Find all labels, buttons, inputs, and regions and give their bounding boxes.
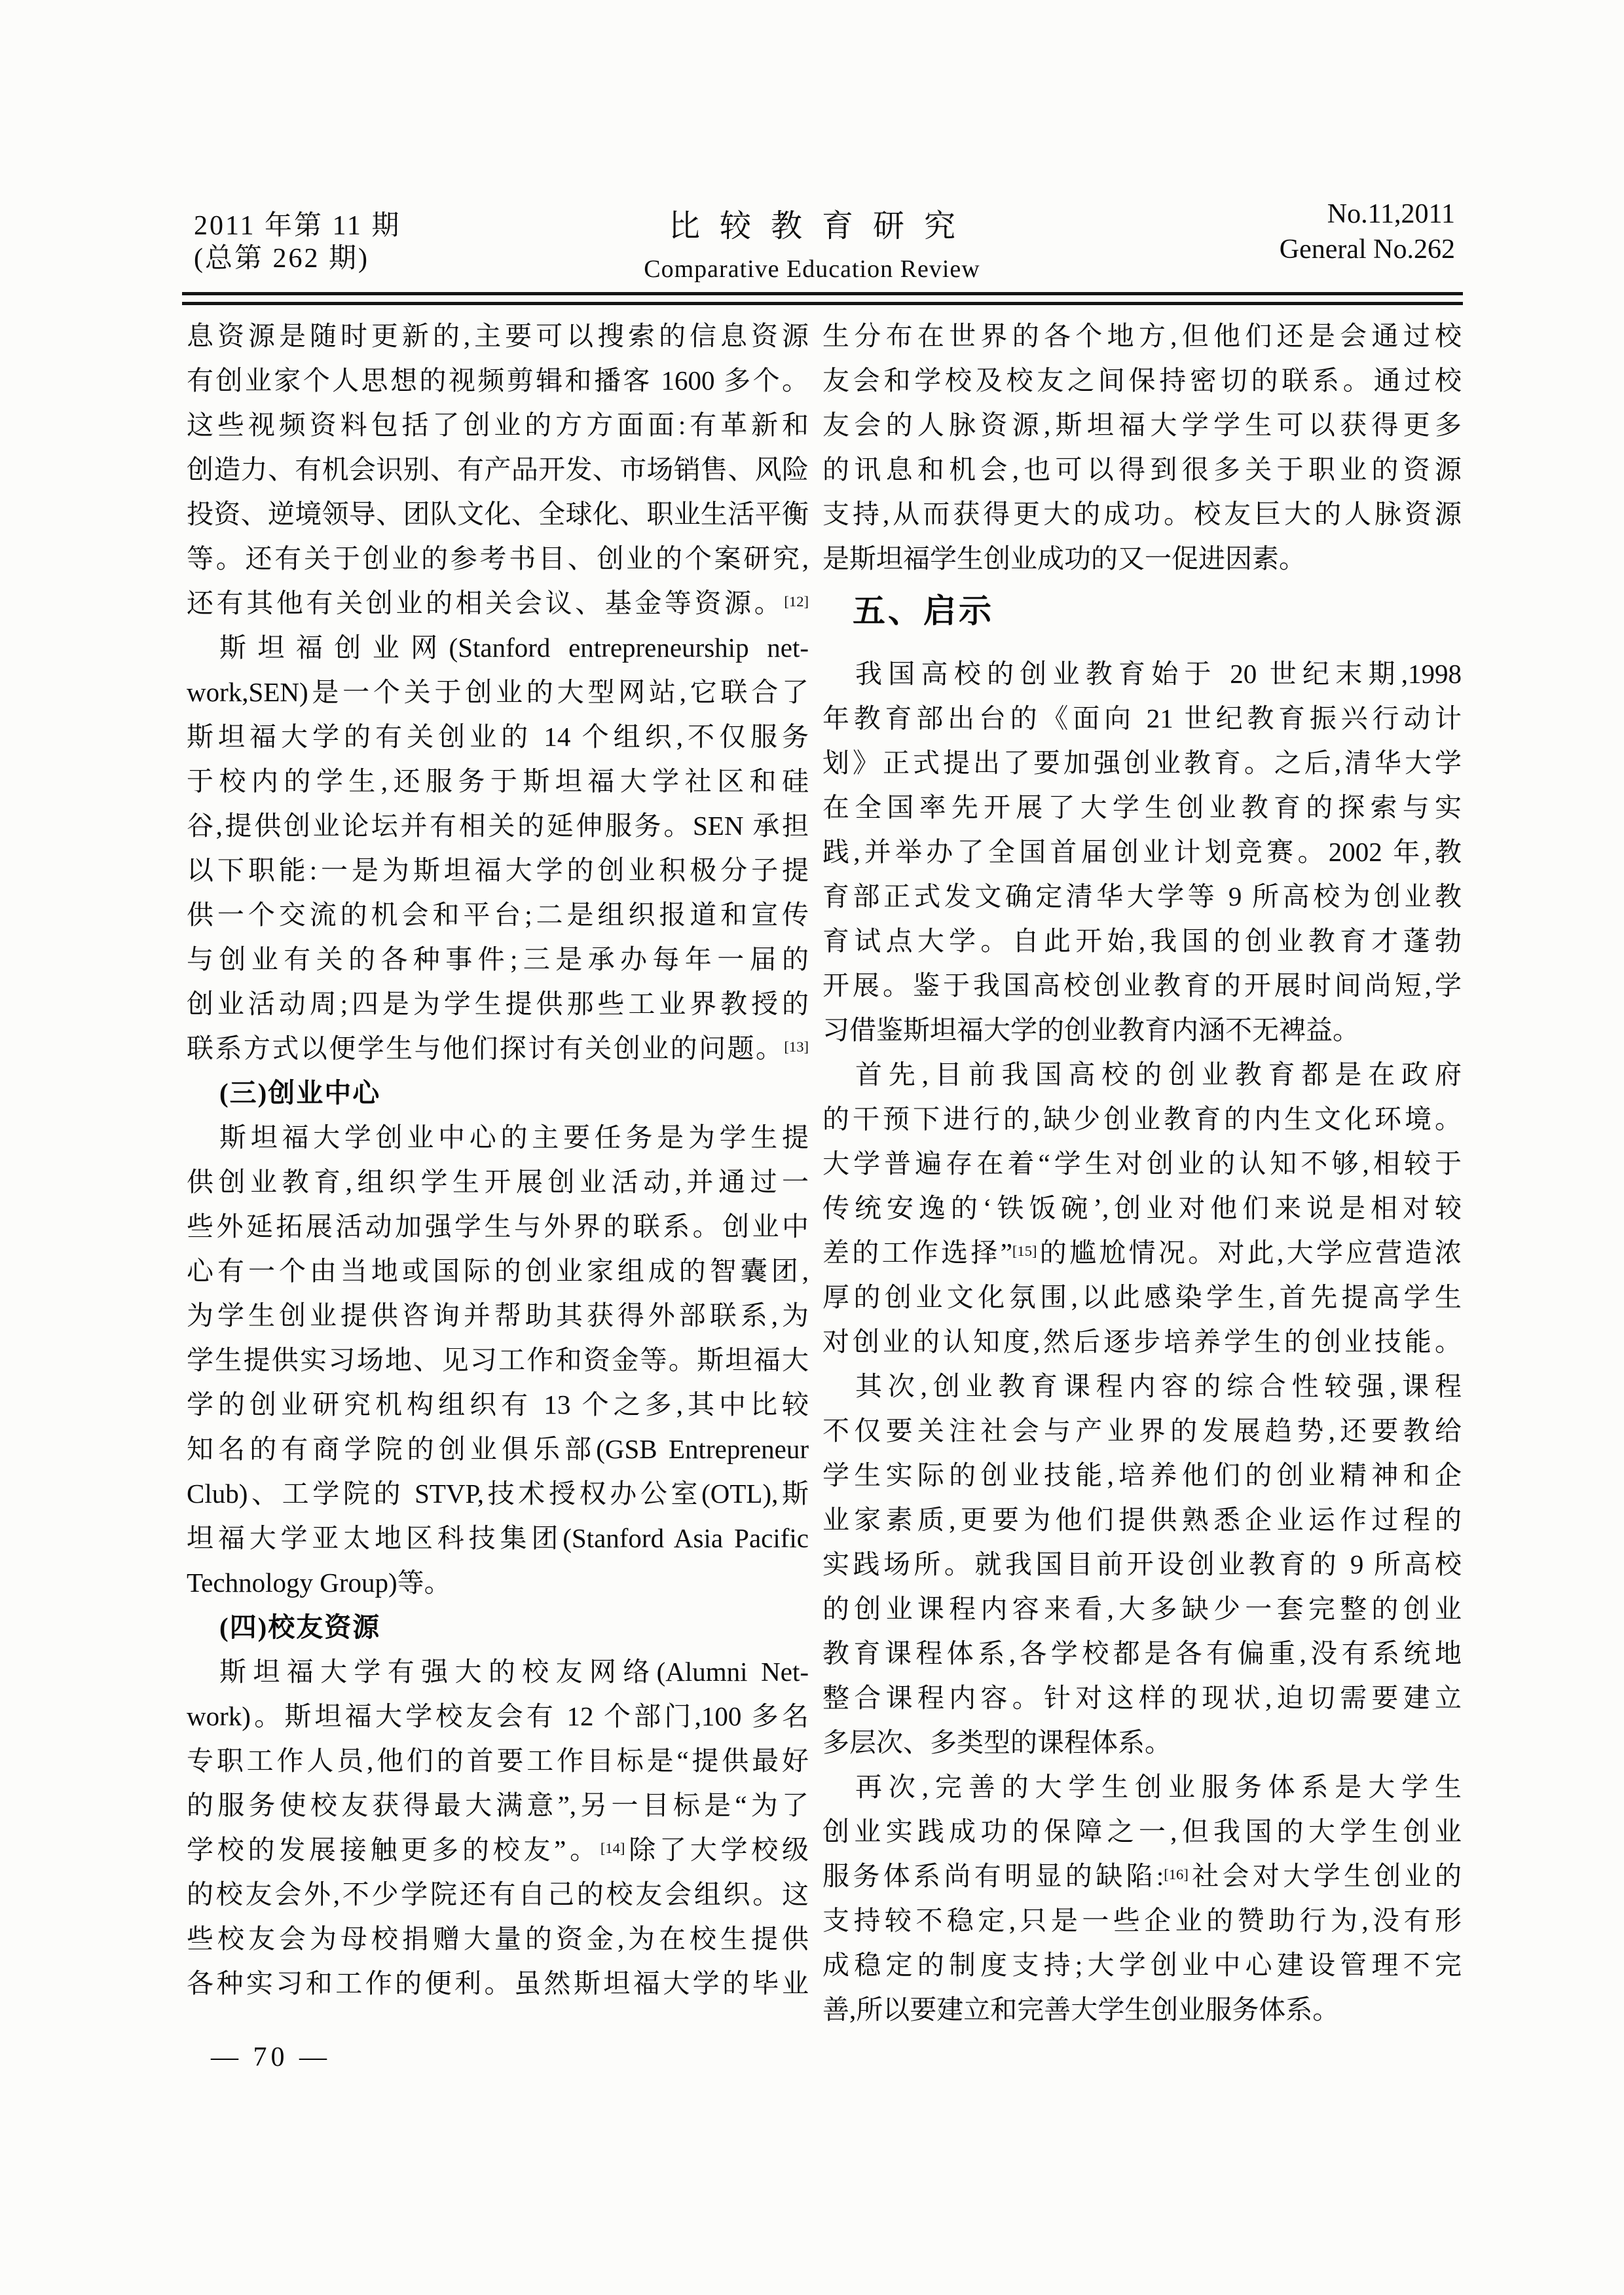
text-line: work)。斯坦福大学校友会有 12 个部门,100 多名 (187, 1694, 809, 1738)
text-line: 学生实际的创业技能,培养他们的创业精神和企 (822, 1453, 1462, 1497)
issue-no-line: No.11,2011 (1280, 196, 1455, 232)
text-line: 供一个交流的机会和平台;二是组织报道和宣传 (187, 892, 809, 937)
text-line: 多层次、多类型的课程体系。 (822, 1720, 1462, 1765)
text-line: 我国高校的创业教育始于 20 世纪末期,1998 (822, 652, 1462, 696)
text-line: 生分布在世界的各个地方,但他们还是会通过校 (822, 314, 1462, 358)
footnote-marker: [15] (1012, 1243, 1037, 1259)
text-line: 学校的发展接触更多的校友”。[14]除了大学校级 (187, 1827, 809, 1872)
text-line: 知名的有商学院的创业俱乐部(GSB Entrepreneur (187, 1427, 809, 1471)
footnote-marker: [12] (784, 593, 809, 610)
text-line: 各种实习和工作的便利。虽然斯坦福大学的毕业 (187, 1961, 809, 2006)
text-line: 为学生创业提供咨询并帮助其获得外部联系,为 (187, 1293, 809, 1338)
text-line: 的校友会外,不少学院还有自己的校友会组织。这 (187, 1872, 809, 1917)
text-line: 这些视频资料包括了创业的方方面面:有革新和 (187, 403, 809, 447)
text-line: 学的创业研究机构组织有 13 个之多,其中比较 (187, 1382, 809, 1427)
text-line: 的创业课程内容来看,大多缺少一套完整的创业 (822, 1587, 1462, 1631)
text-line: 些校友会为母校捐赠大量的资金,为在校生提供 (187, 1917, 809, 1961)
text-line: 划》正式提出了要加强创业教育。之后,清华大学 (822, 741, 1462, 785)
text-line: 育部正式发文确定清华大学等 9 所高校为创业教 (822, 874, 1462, 919)
text-line: 教育课程体系,各学校都是各有偏重,没有系统地 (822, 1631, 1462, 1676)
text-line: 创业活动周;四是为学生提供那些工业界教授的 (187, 982, 809, 1026)
text-line: 支持较不稳定,只是一些企业的赞助行为,没有形 (822, 1898, 1462, 1943)
text-line: 首先,目前我国高校的创业教育都是在政府 (822, 1052, 1462, 1097)
text-line: 对创业的认知度,然后逐步培养学生的创业技能。 (822, 1319, 1462, 1364)
text-line: 育试点大学。自此开始,我国的创业教育才蓬勃 (822, 919, 1462, 963)
subsection-heading: (四)校友资源 (187, 1605, 809, 1649)
text-line: 的服务使校友获得最大满意”,另一目标是“为了 (187, 1783, 809, 1827)
issue-number-english: No.11,2011 General No.262 (1280, 196, 1455, 267)
text-line: 业家素质,更要为他们提供熟悉企业运作过程的 (822, 1497, 1462, 1542)
text-line: 实践场所。就我国目前开设创业教育的 9 所高校 (822, 1542, 1462, 1587)
text-line: 开展。鉴于我国高校创业教育的开展时间尚短,学 (822, 963, 1462, 1008)
text-line: 斯坦福创业网(Stanford entrepreneurship net- (187, 625, 809, 670)
text-line: 是斯坦福学生创业成功的又一促进因素。 (822, 536, 1462, 581)
text-line: 息资源是随时更新的,主要可以搜索的信息资源 (187, 314, 809, 358)
subsection-heading: (三)创业中心 (187, 1071, 809, 1115)
text-line: Technology Group)等。 (187, 1560, 809, 1605)
text-line: 友会和学校及校友之间保持密切的联系。通过校 (822, 358, 1462, 403)
text-line: 支持,从而获得更大的成功。校友巨大的人脉资源 (822, 492, 1462, 536)
general-no-line: General No.262 (1280, 232, 1455, 267)
text-line: 的干预下进行的,缺少创业教育的内生文化环境。 (822, 1097, 1462, 1141)
page-number: — 70 — (211, 2042, 331, 2073)
text-line: 些外延拓展活动加强学生与外界的联系。创业中 (187, 1204, 809, 1249)
text-line: 投资、逆境领导、团队文化、全球化、职业生活平衡 (187, 492, 809, 536)
text-line: 其次,创业教育课程内容的综合性较强,课程 (822, 1364, 1462, 1408)
section-heading: 五、启示 (822, 590, 1462, 632)
text-line: 以下职能:一是为斯坦福大学的创业积极分子提 (187, 848, 809, 892)
text-line: 还有其他有关创业的相关会议、基金等资源。[12] (187, 581, 809, 625)
text-line: 善,所以要建立和完善大学生创业服务体系。 (822, 1987, 1462, 2032)
text-line: Club)、工学院的 STVP,技术授权办公室(OTL),斯 (187, 1471, 809, 1516)
text-line: 有创业家个人思想的视频剪辑和播客 1600 多个。 (187, 358, 809, 403)
text-line: 于校内的学生,还服务于斯坦福大学社区和硅 (187, 759, 809, 803)
text-line: 习借鉴斯坦福大学的创业教育内涵不无裨益。 (822, 1008, 1462, 1052)
text-line: 成稳定的制度支持;大学创业中心建设管理不完 (822, 1943, 1462, 1987)
left-column: 息资源是随时更新的,主要可以搜索的信息资源有创业家个人思想的视频剪辑和播客 16… (187, 314, 809, 2006)
text-line: 坦福大学亚太地区科技集团(Stanford Asia Pacific (187, 1516, 809, 1560)
text-line: 与创业有关的各种事件;三是承办每年一届的 (187, 937, 809, 982)
text-line: 斯坦福大学的有关创业的 14 个组织,不仅服务 (187, 714, 809, 759)
text-line: 心有一个由当地或国际的创业家组成的智囊团, (187, 1249, 809, 1293)
text-line: 年教育部出台的《面向 21 世纪教育振兴行动计 (822, 696, 1462, 741)
text-line: 创造力、有机会识别、有产品开发、市场销售、风险 (187, 447, 809, 492)
journal-page: 2011 年第 11 期 (总第 262 期) 比较教育研究 Comparati… (0, 0, 1624, 2295)
footnote-marker: [14] (600, 1840, 625, 1856)
text-line: 等。还有关于创业的参考书目、创业的个案研究, (187, 536, 809, 581)
footnote-marker: [16] (1164, 1866, 1189, 1882)
text-line: 服务体系尚有明显的缺陷:[16]社会对大学生创业的 (822, 1854, 1462, 1898)
text-line: 学生提供实习场地、见习工作和资金等。斯坦福大 (187, 1338, 809, 1382)
text-line: 谷,提供创业论坛并有相关的延伸服务。SEN 承担 (187, 803, 809, 848)
footnote-marker: [13] (784, 1038, 809, 1055)
text-line: 整合课程内容。针对这样的现状,迫切需要建立 (822, 1676, 1462, 1720)
text-line: 不仅要关注社会与产业界的发展趋势,还要教给 (822, 1408, 1462, 1453)
text-line: 践,并举办了全国首届创业计划竞赛。2002 年,教 (822, 830, 1462, 874)
text-line: 斯坦福大学有强大的校友网络(Alumni Net- (187, 1649, 809, 1694)
header-divider-rule (182, 292, 1463, 305)
text-line: 厚的创业文化氛围,以此感染学生,首先提高学生 (822, 1275, 1462, 1319)
text-line: 大学普遍存在着“学生对创业的认知不够,相较于 (822, 1141, 1462, 1186)
text-line: 再次,完善的大学生创业服务体系是大学生 (822, 1765, 1462, 1809)
text-line: 斯坦福大学创业中心的主要任务是为学生提 (187, 1115, 809, 1160)
text-line: 在全国率先开展了大学生创业教育的探索与实 (822, 785, 1462, 830)
text-line: work,SEN)是一个关于创业的大型网站,它联合了 (187, 670, 809, 714)
text-line: 联系方式以便学生与他们探讨有关创业的问题。[13] (187, 1026, 809, 1071)
text-line: 友会的人脉资源,斯坦福大学学生可以获得更多 (822, 403, 1462, 447)
text-line: 创业实践成功的保障之一,但我国的大学生创业 (822, 1809, 1462, 1854)
right-column: 生分布在世界的各个地方,但他们还是会通过校友会和学校及校友之间保持密切的联系。通… (822, 314, 1462, 2032)
text-line: 的讯息和机会,也可以得到很多关于职业的资源 (822, 447, 1462, 492)
text-line: 差的工作选择”[15]的尴尬情况。对此,大学应营造浓 (822, 1230, 1462, 1275)
text-line: 传统安逸的‘铁饭碗’,创业对他们来说是相对较 (822, 1186, 1462, 1230)
text-line: 供创业教育,组织学生开展创业活动,并通过一 (187, 1160, 809, 1204)
text-line: 专职工作人员,他们的首要工作目标是“提供最好 (187, 1738, 809, 1783)
